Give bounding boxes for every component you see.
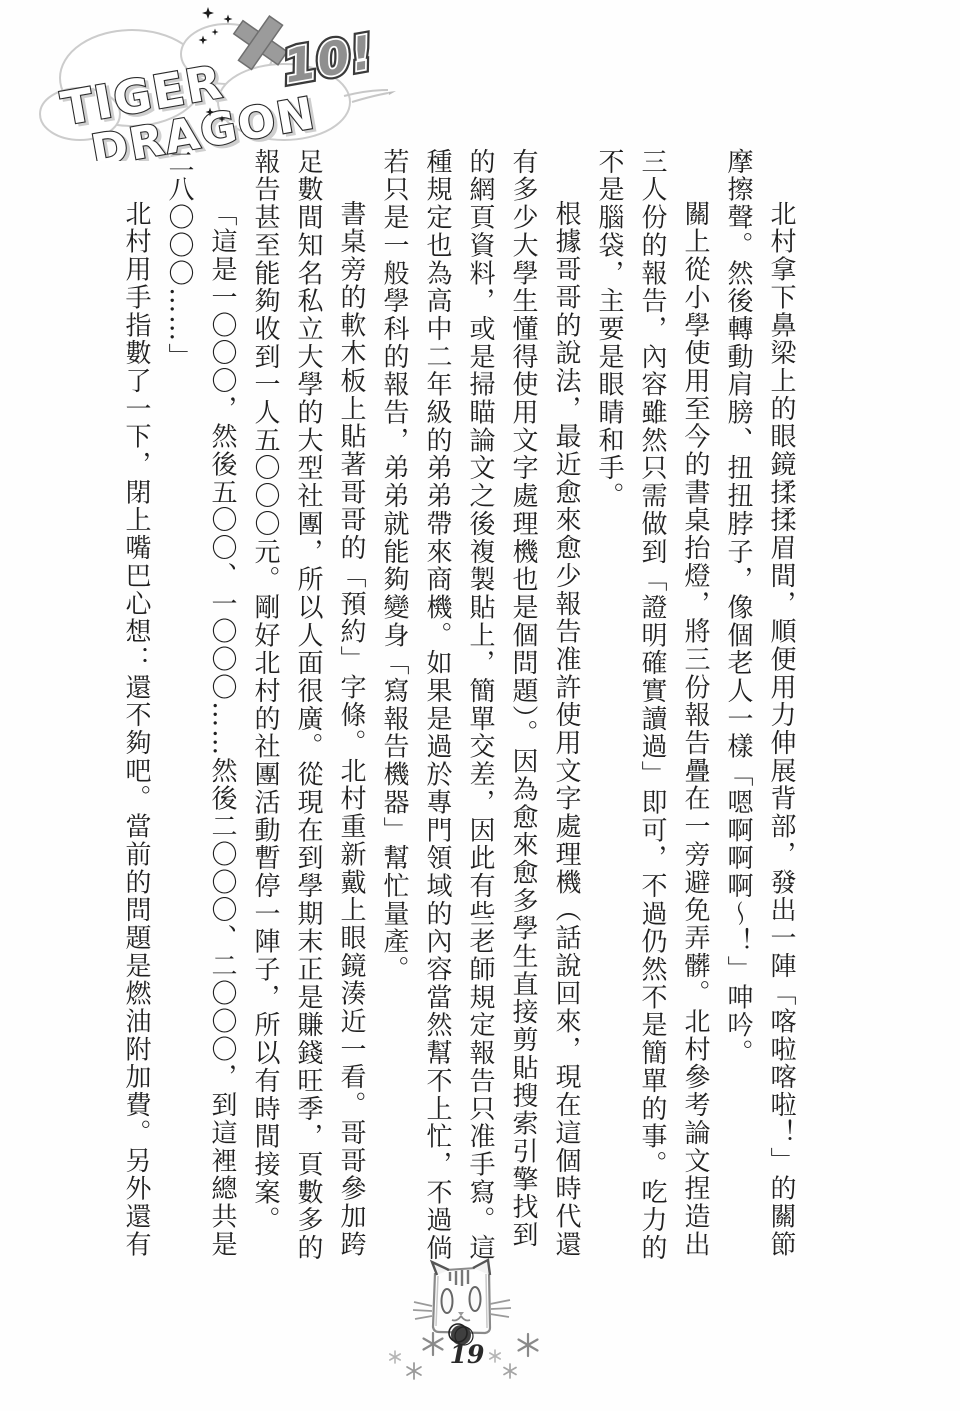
novel-paragraph: 根據哥哥的說法，最近愈來愈少報告准許使用文字處理機（話說回來，現在這個時代還有多… (372, 148, 587, 1274)
cloud-tail-shape (344, 90, 396, 102)
logo-graphic: TIGER DRAGON TIGER DRAGON 10! 10! (22, 6, 407, 161)
book-logo: TIGER DRAGON TIGER DRAGON 10! 10! (22, 6, 407, 161)
novel-paragraph: 關上從小學使用至今的書桌抬燈，將三份報告疊在一旁避免弄髒。北村參考論文捏造出三人… (587, 148, 716, 1274)
novel-paragraph: 「這是一〇〇〇，然後五〇〇、一〇〇〇……然後二〇〇〇、二〇〇〇，到這裡總共是二八… (157, 148, 243, 1274)
novel-paragraph: 北村拿下鼻梁上的眼鏡揉揉眉間，順便用力伸展背部，發出一陣「喀啦喀啦！」的關節摩擦… (716, 148, 802, 1274)
novel-paragraph: 北村用手指數了一下，閉上嘴巴心想：還不夠吧。當前的問題是燃油附加費。另外還有 (114, 148, 157, 1274)
novel-page: TIGER DRAGON TIGER DRAGON 10! 10! (0, 0, 960, 1411)
page-number: 19 (437, 1340, 497, 1369)
novel-paragraph: 書桌旁的軟木板上貼著哥哥的「預約」字條。北村重新戴上眼鏡湊近一看。哥哥參加跨足數… (243, 148, 372, 1274)
logo-volume: 10! (279, 25, 378, 94)
novel-text-block: 北村拿下鼻梁上的眼鏡揉揉眉間，順便用力伸展背部，發出一陣「喀啦喀啦！」的關節摩擦… (114, 148, 802, 1274)
